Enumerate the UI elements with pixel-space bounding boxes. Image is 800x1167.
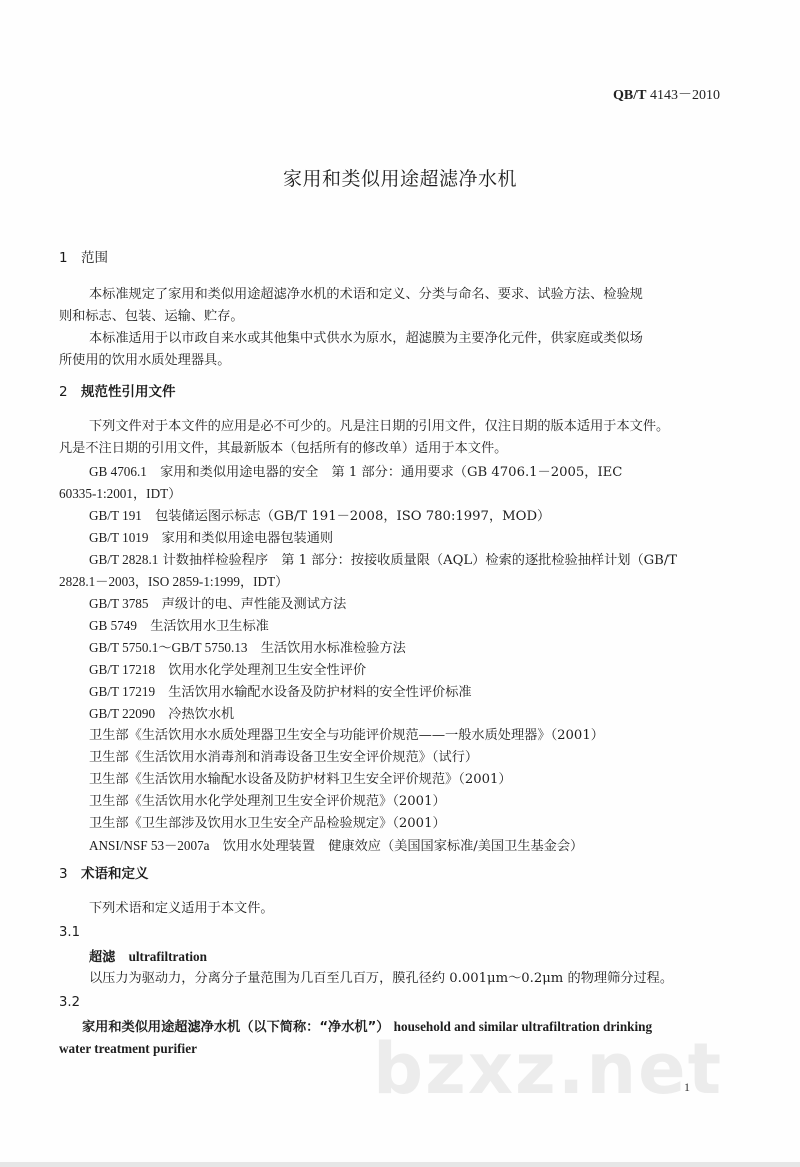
document-title: 家用和类似用途超滤净水机 — [0, 164, 800, 191]
term-definition: 以压力为驱动力，分离分子量范围为几百至几百万，膜孔径约 0.001μm～0.2μ… — [89, 971, 673, 987]
reference-title: 饮用水处理装置 健康效应（美国国家标准/美国卫生基金会） — [223, 839, 584, 854]
term-en: ultrafiltration — [129, 949, 207, 964]
reference-title: 声级计的电、声性能及测试方法 — [162, 597, 347, 612]
reference-issuer: 卫生部 — [89, 794, 129, 809]
reference-title: 《卫生部涉及饮用水卫生安全产品检验规定》（2001） — [129, 816, 446, 831]
reference-title: 包装储运图示标志（GB/T 191－2008，ISO 780:1997，MOD） — [155, 509, 550, 524]
reference-item: 卫生部《生活饮用水水质处理器卫生安全与功能评价规范——一般水质处理器》（2001… — [89, 728, 604, 744]
reference-title: 计数抽样检验程序 第 1 部分：按接收质量限（AQL）检索的逐批检验抽样计划（G… — [163, 553, 678, 568]
paragraph-line: 本标准规定了家用和类似用途超滤净水机的术语和定义、分类与命名、要求、试验方法、检… — [89, 287, 643, 303]
reference-issuer: 卫生部 — [89, 728, 129, 743]
reference-item: ANSI/NSF 53－2007a 饮用水处理装置 健康效应（美国国家标准/美国… — [89, 838, 583, 855]
reference-item: GB/T 3785 声级计的电、声性能及测试方法 — [89, 596, 346, 613]
reference-item: GB/T 5750.1～GB/T 5750.13 生活饮用水标准检验方法 — [89, 640, 406, 657]
reference-title: 家用和类似用途电器的安全 第 1 部分：通用要求（GB 4706.1－2005，… — [160, 465, 622, 480]
reference-issuer: 卫生部 — [89, 816, 129, 831]
reference-continuation: 2828.1－2003，ISO 2859-1:1999，IDT） — [59, 574, 288, 590]
section-title: 规范性引用文件 — [81, 384, 176, 400]
reference-code: GB/T 5750.1～GB/T 5750.13 — [89, 640, 248, 655]
term-zh: 超滤 — [89, 950, 115, 965]
section-title: 术语和定义 — [81, 866, 149, 882]
reference-code: GB/T 17219 — [89, 684, 155, 699]
reference-title: 《生活饮用水化学处理剂卫生安全评价规范》（2001） — [129, 794, 446, 809]
reference-item: GB/T 17218 饮用水化学处理剂卫生安全性评价 — [89, 662, 366, 679]
standard-code: QB/T 4143－2010 — [613, 84, 720, 104]
reference-title: 《生活饮用水消毒剂和消毒设备卫生安全评价规范》（试行） — [129, 750, 478, 765]
reference-item: GB/T 1019 家用和类似用途电器包装通则 — [89, 530, 333, 547]
paragraph-line: 下列文件对于本文件的应用是必不可少的。凡是注日期的引用文件，仅注日期的版本适用于… — [89, 419, 669, 435]
paragraph-line: 凡是不注日期的引用文件，其最新版本（包括所有的修改单）适用于本文件。 — [59, 441, 507, 457]
term-number: 3.1 — [59, 925, 80, 941]
section-3-heading: 3术语和定义 — [59, 866, 149, 882]
reference-title: 《生活饮用水水质处理器卫生安全与功能评价规范——一般水质处理器》（2001） — [129, 728, 604, 743]
reference-code: GB/T 2828.1 — [89, 552, 158, 567]
section-title: 范围 — [81, 250, 108, 266]
reference-title: 饮用水化学处理剂卫生安全性评价 — [168, 663, 366, 678]
reference-item: GB/T 191 包装储运图示标志（GB/T 191－2008，ISO 780:… — [89, 508, 550, 525]
section-number: 3 — [59, 866, 81, 882]
reference-item: GB 4706.1 家用和类似用途电器的安全 第 1 部分：通用要求（GB 47… — [89, 464, 622, 481]
reference-title: 冷热饮水机 — [168, 707, 234, 722]
reference-code: ANSI/NSF 53－2007a — [89, 838, 210, 853]
term-en-continuation: water treatment purifier — [59, 1041, 197, 1057]
reference-item: 卫生部《生活饮用水化学处理剂卫生安全评价规范》（2001） — [89, 794, 446, 810]
reference-code: GB/T 3785 — [89, 596, 148, 611]
reference-issuer: 卫生部 — [89, 772, 129, 787]
reference-item: 卫生部《生活饮用水消毒剂和消毒设备卫生安全评价规范》（试行） — [89, 750, 478, 766]
reference-title: 生活饮用水卫生标准 — [150, 619, 269, 634]
reference-code: GB/T 17218 — [89, 662, 155, 677]
term-number: 3.2 — [59, 995, 80, 1011]
reference-item: GB/T 2828.1 计数抽样检验程序 第 1 部分：按接收质量限（AQL）检… — [89, 552, 677, 569]
term-entry: 超滤 ultrafiltration — [89, 949, 207, 966]
reference-item: GB/T 22090 冷热饮水机 — [89, 706, 234, 723]
paragraph-line: 则和标志、包装、运输、贮存。 — [59, 309, 244, 325]
watermark: bzxz.net — [373, 1028, 723, 1110]
reference-item: GB/T 17219 生活饮用水输配水设备及防护材料的安全性评价标准 — [89, 684, 472, 701]
section-number: 1 — [59, 250, 81, 266]
reference-code: GB 5749 — [89, 618, 137, 633]
reference-code: GB/T 22090 — [89, 706, 155, 721]
paragraph-line: 所使用的饮用水质处理器具。 — [59, 353, 230, 369]
section-2-heading: 2规范性引用文件 — [59, 384, 176, 400]
page-number: 1 — [684, 1080, 690, 1095]
reference-title: 家用和类似用途电器包装通则 — [162, 531, 333, 546]
reference-continuation: 60335-1:2001，IDT） — [59, 486, 181, 502]
reference-item: GB 5749 生活饮用水卫生标准 — [89, 618, 269, 635]
reference-title: 生活饮用水输配水设备及防护材料的安全性评价标准 — [168, 685, 471, 700]
reference-issuer: 卫生部 — [89, 750, 129, 765]
document-page: QB/T 4143－2010 家用和类似用途超滤净水机 1范围 本标准规定了家用… — [0, 0, 800, 1162]
reference-code: GB 4706.1 — [89, 464, 147, 479]
paragraph-line: 下列术语和定义适用于本文件。 — [89, 901, 274, 917]
reference-item: 卫生部《卫生部涉及饮用水卫生安全产品检验规定》（2001） — [89, 816, 446, 832]
reference-title: 《生活饮用水输配水设备及防护材料卫生安全评价规范》（2001） — [129, 772, 512, 787]
section-number: 2 — [59, 384, 81, 400]
reference-code: GB/T 191 — [89, 508, 142, 523]
section-1-heading: 1范围 — [59, 250, 108, 266]
term-zh: 家用和类似用途超滤净水机（以下简称：“净水机”） — [82, 1020, 389, 1035]
reference-title: 生活饮用水标准检验方法 — [261, 641, 406, 656]
reference-item: 卫生部《生活饮用水输配水设备及防护材料卫生安全评价规范》（2001） — [89, 772, 512, 788]
reference-code: GB/T 1019 — [89, 530, 148, 545]
paragraph-line: 本标准适用于以市政自来水或其他集中式供水为原水，超滤膜为主要净化元件，供家庭或类… — [89, 331, 643, 347]
standard-prefix: QB/T — [613, 88, 646, 103]
standard-number: 4143－2010 — [650, 88, 720, 103]
page-bottom-edge — [0, 1162, 800, 1167]
